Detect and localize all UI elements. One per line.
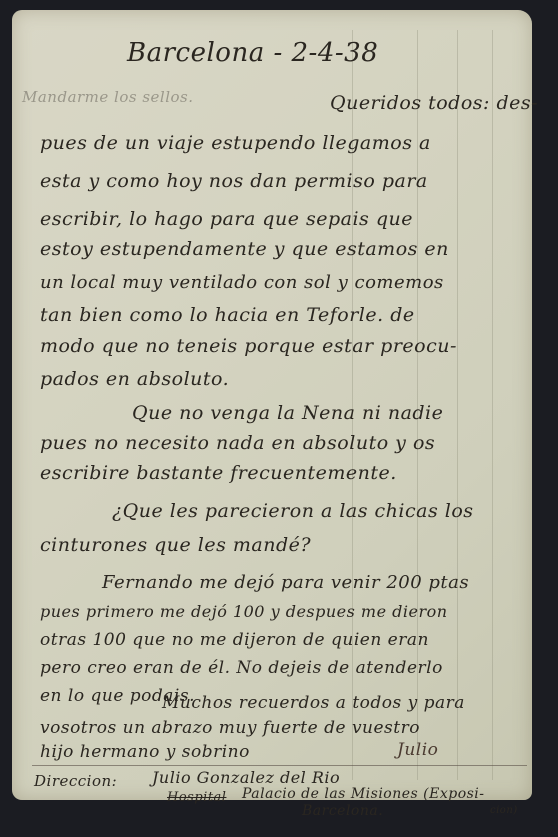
body-line: pues no necesito nada en absoluto y os — [40, 432, 435, 454]
grid-line — [492, 30, 493, 780]
address-line2-cont: cion) — [490, 805, 518, 816]
body-line: ¿Que les parecieron a las chicas los — [112, 500, 474, 522]
body-line: Queridos todos: des- — [330, 92, 538, 114]
address-city: Barcelona. — [302, 803, 383, 819]
body-line: tan bien como lo hacia en Teforle. de — [40, 304, 415, 326]
body-line: Muchos recuerdos a todos y para — [162, 693, 465, 713]
signature: Julio — [397, 740, 438, 760]
body-line: estoy estupendamente y que estamos en — [40, 238, 449, 260]
address-name: Julio Gonzalez del Rio — [152, 768, 340, 787]
body-line: hijo hermano y sobrino — [40, 742, 250, 762]
body-line: pues primero me dejó 100 y despues me di… — [40, 602, 448, 621]
address-label: Direccion: — [34, 772, 117, 790]
body-line: Que no venga la Nena ni nadie — [132, 402, 443, 424]
body-line: pero creo eran de él. No dejeis de atend… — [40, 658, 443, 678]
body-line: modo que no teneis porque estar preocu- — [40, 335, 457, 357]
body-line: cinturones que les mandé? — [40, 534, 311, 556]
body-line: escribire bastante frecuentemente. — [40, 462, 397, 484]
address-struck: Hospital — [167, 790, 226, 805]
body-line: esta y como hoy nos dan permiso para — [40, 170, 428, 192]
grid-line — [457, 30, 458, 780]
body-line: Fernando me dejó para venir 200 ptas — [102, 572, 469, 593]
body-line: otras 100 que no me dijeron de quien era… — [40, 630, 429, 650]
divider-line — [32, 765, 527, 766]
body-line: escribir, lo hago para que sepais que — [40, 208, 413, 230]
body-line: pues de un viaje estupendo llegamos a — [40, 132, 431, 154]
postcard: Barcelona - 2-4-38 Mandarme los sellos. … — [12, 10, 532, 800]
body-line: un local muy ventilado con sol y comemos — [40, 272, 444, 293]
place-date: Barcelona - 2-4-38 — [127, 38, 378, 68]
body-line: vosotros un abrazo muy fuerte de vuestro — [40, 718, 420, 738]
faint-note: Mandarme los sellos. — [22, 88, 194, 106]
body-line: pados en absoluto. — [40, 368, 229, 390]
address-line2: Palacio de las Misiones (Exposi- — [242, 786, 485, 802]
